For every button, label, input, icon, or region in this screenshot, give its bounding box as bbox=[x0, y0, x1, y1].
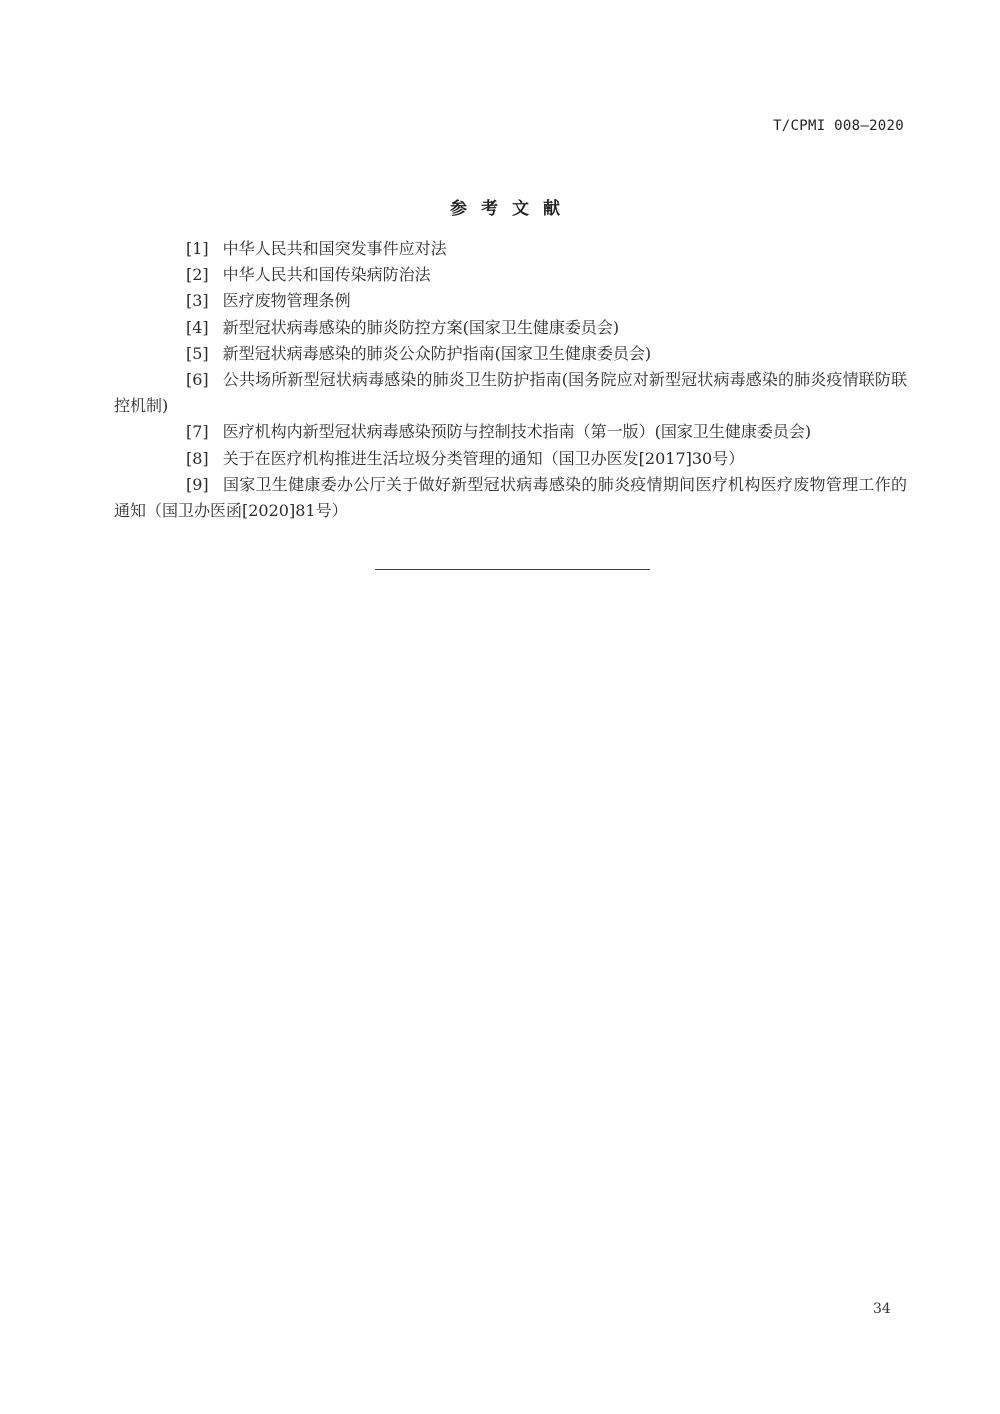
reference-item: [2]中华人民共和国传染病防治法 bbox=[114, 262, 907, 288]
reference-item: [4]新型冠状病毒感染的肺炎防控方案(国家卫生健康委员会) bbox=[114, 315, 907, 341]
reference-number: [4] bbox=[150, 315, 209, 341]
reference-text: 新型冠状病毒感染的肺炎公众防护指南(国家卫生健康委员会) bbox=[223, 344, 652, 363]
reference-text: 医疗机构内新型冠状病毒感染预防与控制技术指南（第一版）(国家卫生健康委员会) bbox=[223, 422, 812, 441]
reference-text: 公共场所新型冠状病毒感染的肺炎卫生防护指南(国务院应对新型冠状病毒感染的肺炎疫情… bbox=[114, 370, 907, 415]
standard-code: T/CPMI 008—2020 bbox=[773, 118, 904, 134]
reference-number: [6] bbox=[150, 367, 209, 393]
reference-item: [6]公共场所新型冠状病毒感染的肺炎卫生防护指南(国务院应对新型冠状病毒感染的肺… bbox=[114, 367, 907, 419]
reference-text: 中华人民共和国传染病防治法 bbox=[223, 265, 431, 284]
end-divider bbox=[375, 569, 650, 570]
reference-list: [1]中华人民共和国突发事件应对法 [2]中华人民共和国传染病防治法 [3]医疗… bbox=[114, 236, 907, 524]
reference-number: [7] bbox=[150, 419, 209, 445]
reference-text: 新型冠状病毒感染的肺炎防控方案(国家卫生健康委员会) bbox=[223, 318, 620, 337]
reference-item: [5]新型冠状病毒感染的肺炎公众防护指南(国家卫生健康委员会) bbox=[114, 341, 907, 367]
reference-number: [2] bbox=[150, 262, 209, 288]
page-title: 参考文献 bbox=[0, 194, 1000, 219]
reference-number: [1] bbox=[150, 236, 209, 262]
reference-number: [9] bbox=[150, 472, 209, 498]
reference-item: [7]医疗机构内新型冠状病毒感染预防与控制技术指南（第一版）(国家卫生健康委员会… bbox=[114, 419, 907, 445]
reference-text: 医疗废物管理条例 bbox=[223, 291, 351, 310]
reference-item: [8]关于在医疗机构推进生活垃圾分类管理的通知（国卫办医发[2017]30号） bbox=[114, 446, 907, 472]
reference-text: 国家卫生健康委办公厅关于做好新型冠状病毒感染的肺炎疫情期间医疗机构医疗废物管理工… bbox=[114, 475, 907, 520]
reference-number: [8] bbox=[150, 446, 209, 472]
reference-text: 中华人民共和国突发事件应对法 bbox=[223, 239, 447, 258]
reference-item: [3]医疗废物管理条例 bbox=[114, 288, 907, 314]
reference-number: [5] bbox=[150, 341, 209, 367]
reference-text: 关于在医疗机构推进生活垃圾分类管理的通知（国卫办医发[2017]30号） bbox=[223, 449, 745, 468]
reference-item: [9]国家卫生健康委办公厅关于做好新型冠状病毒感染的肺炎疫情期间医疗机构医疗废物… bbox=[114, 472, 907, 524]
reference-item: [1]中华人民共和国突发事件应对法 bbox=[114, 236, 907, 262]
reference-number: [3] bbox=[150, 288, 209, 314]
page-number: 34 bbox=[873, 1301, 891, 1317]
